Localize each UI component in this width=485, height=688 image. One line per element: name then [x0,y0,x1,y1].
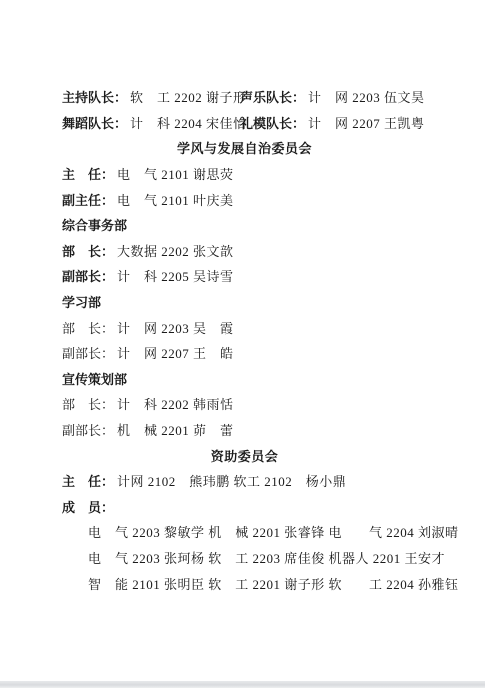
study-committee-heading: 学风与发展自治委员会 [62,136,427,162]
study-deputy-director-value: 电 气 2101 叶庆美 [117,194,234,207]
study-dept-title: 学习部 [62,290,427,316]
host-lead-value: 软 工 2202 谢子形 [130,91,247,104]
etiquette-lead-pair: 礼模队长： 计 网 2207 王凯粤 [240,117,425,130]
dance-lead-pair: 舞蹈队长： 计 科 2204 宋佳怡 [62,117,240,130]
aid-director-label: 主 任： [62,475,114,488]
host-lead-label: 主持队长： [62,91,127,104]
study-director-value: 电 气 2101 谢思荧 [117,168,234,181]
dance-lead-label: 舞蹈队长： [62,117,127,130]
publicity-dept-head-label: 部 长： [62,398,114,411]
member-row: 电 气 2203 张珂杨 软 工 2203 席佳俊 机器人 2201 王安才 [62,546,427,572]
general-affairs-deputy-label: 副部长： [62,270,114,283]
publicity-dept-title: 宣传策划部 [62,367,427,393]
document-body: 主持队长： 软 工 2202 谢子形 声乐队长： 计 网 2203 伍文昊 舞蹈… [62,85,427,597]
page-bottom-edge [0,681,485,688]
document-page: 主持队长： 软 工 2202 谢子形 声乐队长： 计 网 2203 伍文昊 舞蹈… [0,0,485,688]
study-deputy-director-line: 副主任： 电 气 2101 叶庆美 [62,187,427,213]
study-dept-deputy-line: 副部长： 计 网 2207 王 皓 [62,341,427,367]
general-affairs-head-line: 部 长： 大数据 2202 张文歆 [62,239,427,265]
study-dept-deputy-label: 副部长： [62,347,114,360]
publicity-dept-head-line: 部 长： 计 科 2202 韩雨恬 [62,392,427,418]
team-leads-row-2: 舞蹈队长： 计 科 2204 宋佳怡 礼模队长： 计 网 2207 王凯粤 [62,111,427,137]
publicity-dept-head-value: 计 科 2202 韩雨恬 [117,398,234,411]
general-affairs-dept-title: 综合事务部 [62,213,427,239]
etiquette-lead-label: 礼模队长： [240,117,305,130]
study-dept-head-line: 部 长： 计 网 2203 吴 霞 [62,315,427,341]
member-row: 智 能 2101 张明臣 软 工 2201 谢子形 软 工 2204 孙雅钰 [62,571,427,597]
general-affairs-head-label: 部 长： [62,245,114,258]
vocal-lead-pair: 声乐队长： 计 网 2203 伍文昊 [240,91,425,104]
study-dept-head-label: 部 长： [62,322,114,335]
study-dept-deputy-value: 计 网 2207 王 皓 [117,347,234,360]
publicity-dept-deputy-line: 副部长： 机 械 2201 茆 蕾 [62,418,427,444]
general-affairs-deputy-value: 计 科 2205 吴诗雪 [117,270,234,283]
dance-lead-value: 计 科 2204 宋佳怡 [130,117,247,130]
vocal-lead-value: 计 网 2203 伍文昊 [308,91,425,104]
study-director-line: 主 任： 电 气 2101 谢思荧 [62,162,427,188]
publicity-dept-deputy-label: 副部长： [62,424,114,437]
team-leads-row-1: 主持队长： 软 工 2202 谢子形 声乐队长： 计 网 2203 伍文昊 [62,85,427,111]
vocal-lead-label: 声乐队长： [240,91,305,104]
member-row: 电 气 2203 黎敏学 机 械 2201 张睿锋 电 气 2204 刘淑晴 [62,520,427,546]
study-deputy-director-label: 副主任： [62,194,114,207]
aid-director-value: 计网 2102 熊玮鹏 软工 2102 杨小鼎 [117,475,346,488]
general-affairs-head-value: 大数据 2202 张文歆 [117,245,234,258]
aid-committee-heading: 资助委员会 [62,443,427,469]
aid-members-label: 成 员： [62,501,114,514]
host-lead-pair: 主持队长： 软 工 2202 谢子形 [62,91,240,104]
aid-director-line: 主 任： 计网 2102 熊玮鹏 软工 2102 杨小鼎 [62,469,427,495]
aid-members-label-line: 成 员： [62,495,427,521]
publicity-dept-deputy-value: 机 械 2201 茆 蕾 [117,424,234,437]
etiquette-lead-value: 计 网 2207 王凯粤 [308,117,425,130]
study-dept-head-value: 计 网 2203 吴 霞 [117,322,234,335]
study-director-label: 主 任： [62,168,114,181]
general-affairs-deputy-line: 副部长： 计 科 2205 吴诗雪 [62,264,427,290]
